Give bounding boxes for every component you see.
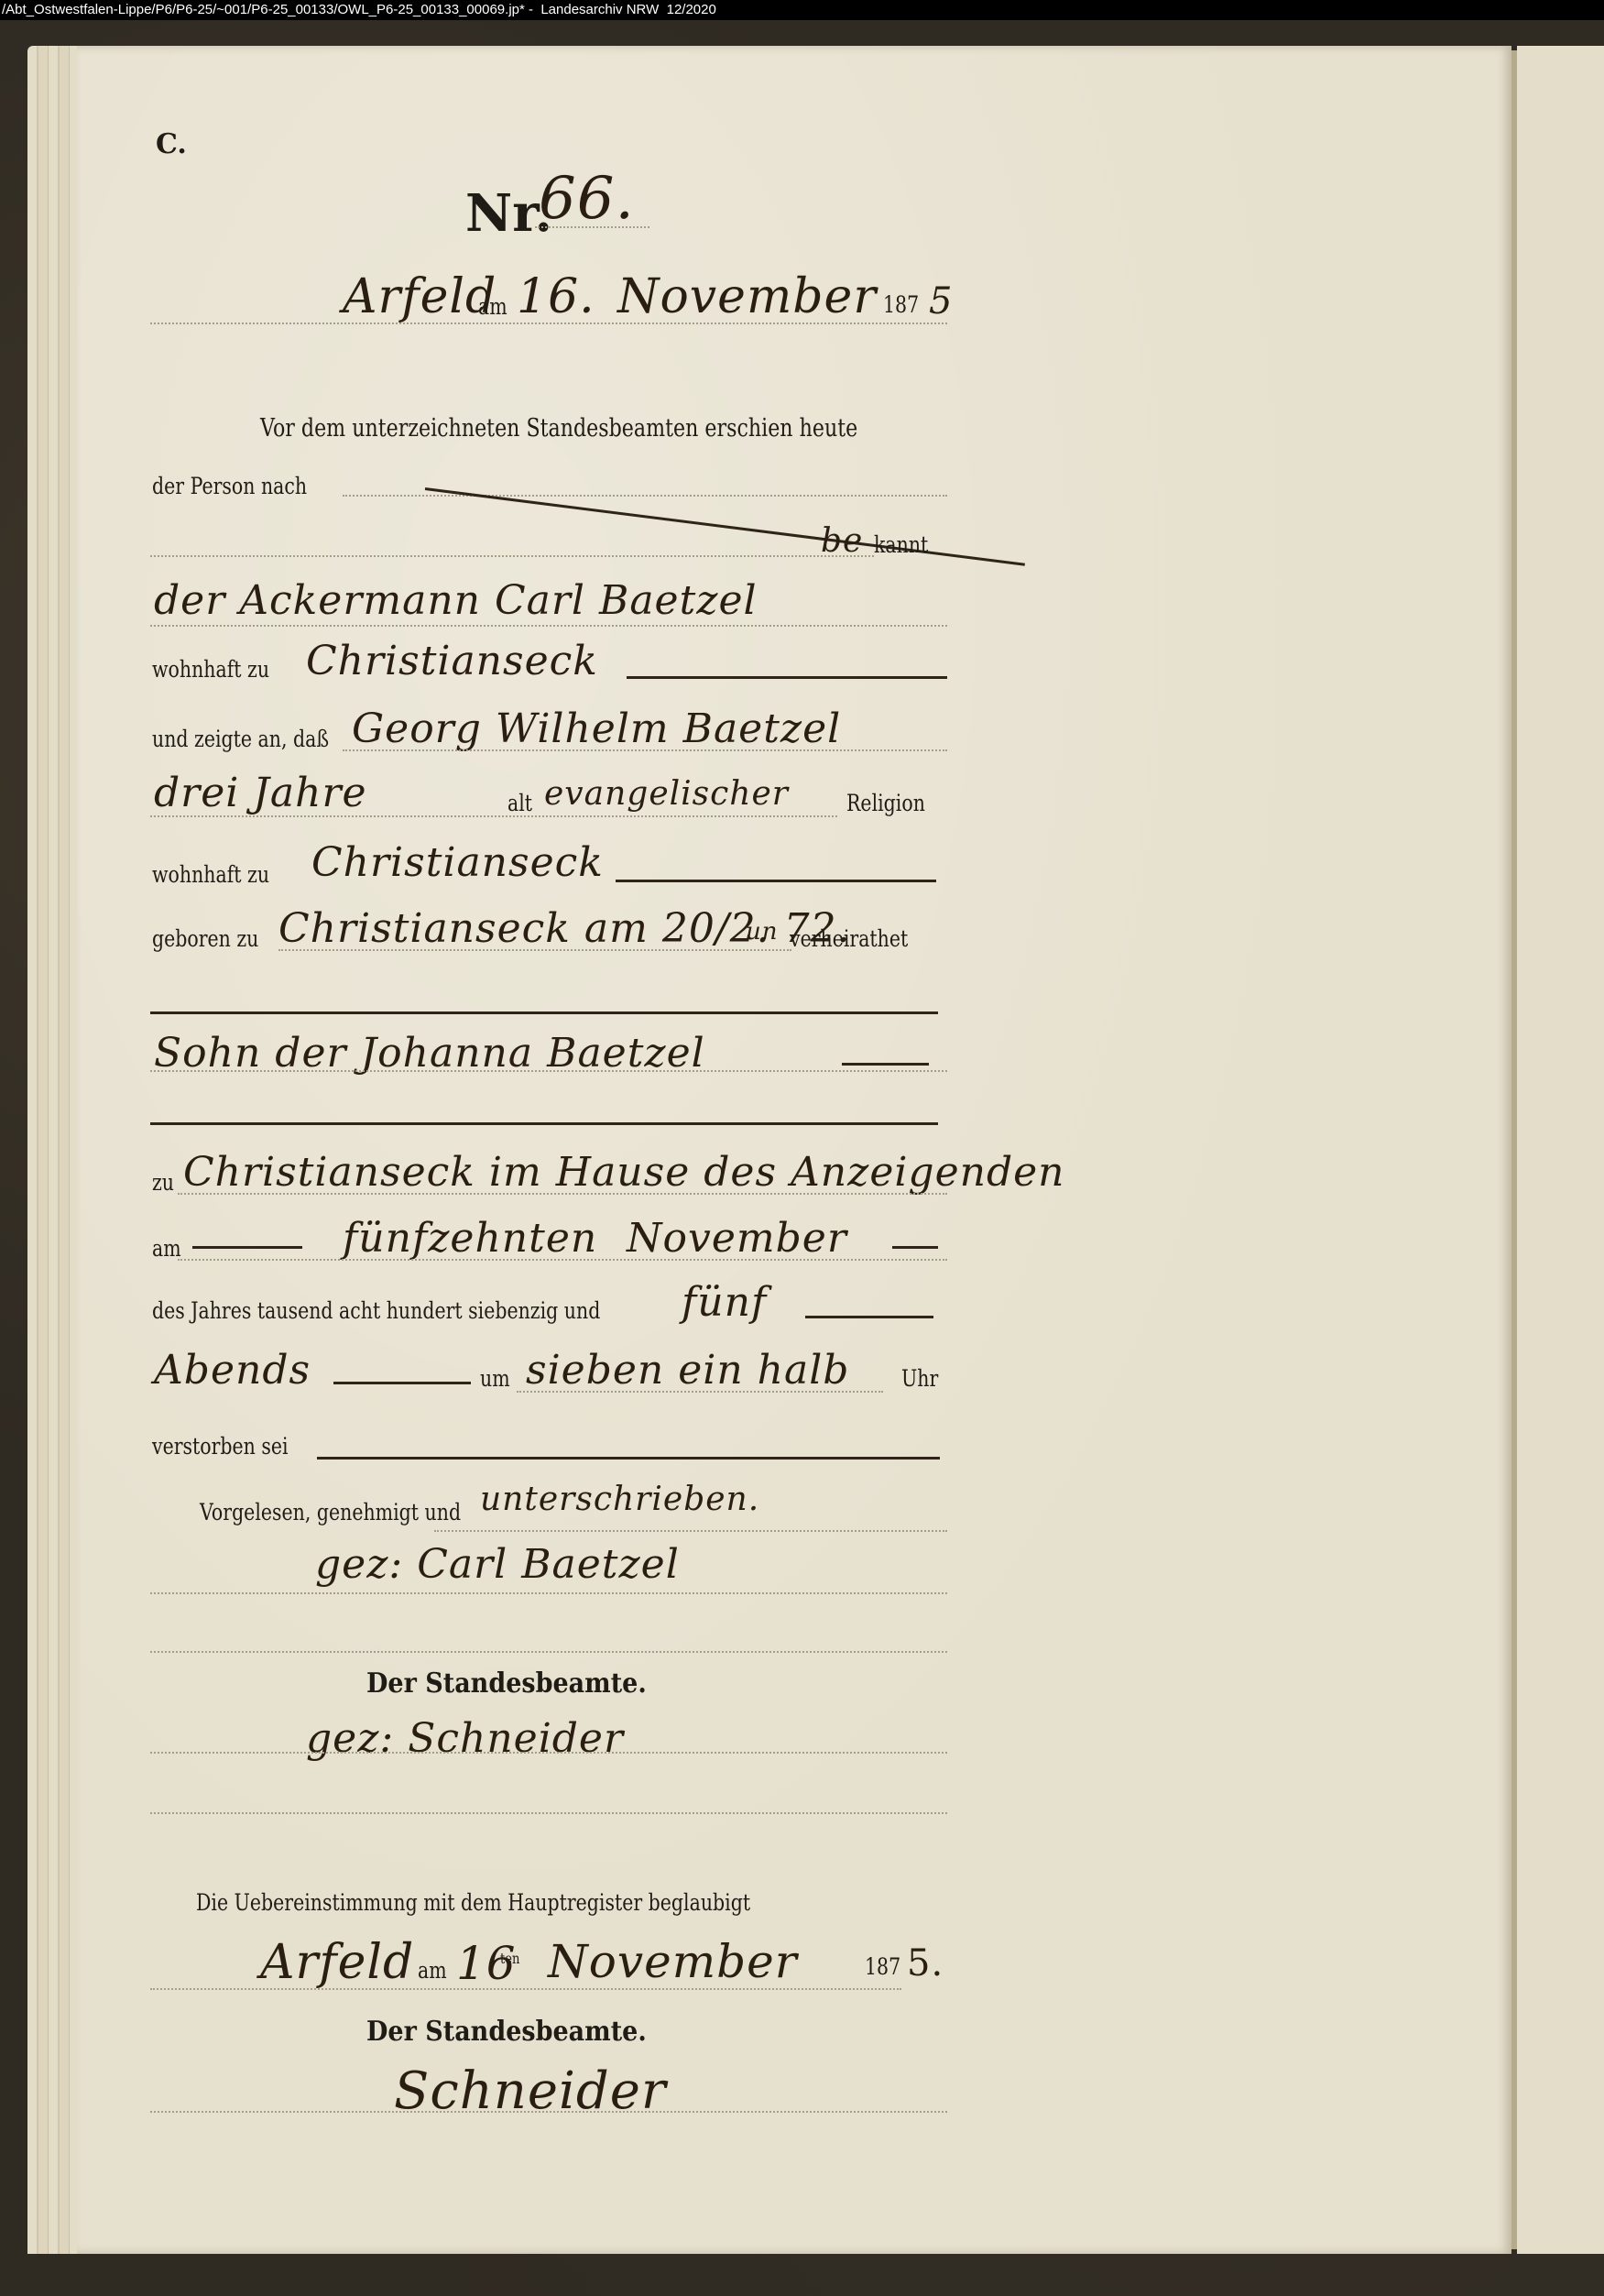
signature-informant: gez: Carl Baetzel [315,1541,680,1588]
rule [343,749,947,751]
wohnhaft-label: wohnhaft zu [152,656,269,683]
zeigte-an-label: und zeigte an, daß [152,726,329,752]
series-letter: C. [156,128,187,160]
geboren-label: geboren zu [152,925,258,952]
person-nach-label: der Person nach [152,473,307,499]
header-place: Arfeld [343,269,496,324]
cert-day-suffix: ten [500,1950,519,1967]
fill-stroke [150,1122,938,1125]
year-text: des Jahres tausend acht hundert siebenzi… [152,1297,600,1324]
fill-stroke [627,676,947,679]
deceased-age: drei Jahre [154,770,367,816]
rule [150,1070,947,1072]
registrar-title-2: Der Standesbeamte. [366,2016,647,2048]
fill-stroke [805,1316,933,1318]
death-month: November [627,1215,847,1262]
rule [343,495,947,497]
cert-place: Arfeld [260,1935,414,1990]
fill-stroke [892,1246,938,1249]
rule [150,815,837,817]
rule [178,1259,947,1261]
cert-am: am [418,1957,447,1984]
rule [150,625,947,627]
rule [278,949,791,951]
intro-text: Vor dem unterzeichneten Standesbeamten e… [260,414,857,443]
rule [150,1812,947,1814]
informant: der Ackermann Carl Baetzel [154,577,758,624]
bekannt-print: kannt [874,531,928,558]
rule [535,226,649,228]
vorgelesen-label: Vorgelesen, genehmigt und [200,1499,461,1525]
verheirathet-label: verheirathet [790,925,908,952]
rule [150,1988,901,1990]
certification-text: Die Uebereinstimmung mit dem Hauptregist… [196,1889,750,1916]
header-month: November [617,269,877,324]
deceased-residence: Christianseck [311,839,604,886]
fill-stroke [842,1063,929,1066]
rule [150,1592,947,1594]
fill-stroke [317,1457,940,1460]
alt-label: alt [507,790,532,816]
header-year-suffix: 5 [929,280,953,323]
rule [150,1752,947,1754]
vorgelesen-hand: unterschrieben. [480,1481,759,1518]
am-label: am [152,1235,181,1262]
fill-stroke [616,880,936,882]
wohnhaft-label-2: wohnhaft zu [152,861,269,888]
cancel-stroke [425,487,1025,566]
rule [150,323,947,324]
rule [150,1651,947,1653]
signature-registrar-copy: gez: Schneider [306,1715,624,1762]
record-number: 66. [539,165,635,233]
registrar-title-1: Der Standesbeamte. [366,1667,647,1700]
informant-residence: Christianseck [306,638,598,684]
cert-year-prefix: 187 [865,1953,900,1980]
year-hand: fünf [682,1279,767,1326]
cert-month: November [548,1935,798,1988]
header-year-prefix: 187 [883,291,919,318]
uhr-label: Uhr [901,1365,938,1392]
un-mark: un [746,918,779,946]
facing-page [1517,46,1604,2254]
cert-year-suffix: 5. [907,1942,944,1984]
rule [150,2111,947,2113]
time-of-day: Abends [154,1347,311,1394]
header-am: am [478,293,507,320]
fill-stroke [150,1011,938,1014]
rule [150,555,874,557]
verstorben-label: verstorben sei [152,1433,289,1460]
death-place: Christianseck im Hause des Anzeigenden [183,1149,1065,1196]
deceased-religion: evangelischer [544,775,789,813]
archive-caption: /Abt_Ostwestfalen-Lippe/P6/P6-25/~001/P6… [0,0,1604,20]
rule [434,1530,947,1532]
deceased-name: Georg Wilhelm Baetzel [352,705,841,752]
zu-label: zu [152,1169,174,1196]
um-label: um [480,1365,510,1392]
fill-stroke [333,1382,471,1384]
page-edges [27,46,79,2254]
death-day: fünfzehnten [343,1215,597,1262]
death-time: sieben ein halb [526,1347,849,1394]
bekannt-hand: be [821,522,863,560]
fill-stroke [192,1246,302,1249]
rule [517,1391,883,1393]
register-page: C. Nr. 66. Arfeld am 16. November 187 5 … [77,46,1511,2254]
header-day: 16. [517,269,595,324]
religion-label: Religion [846,790,925,816]
rule [178,1193,947,1195]
